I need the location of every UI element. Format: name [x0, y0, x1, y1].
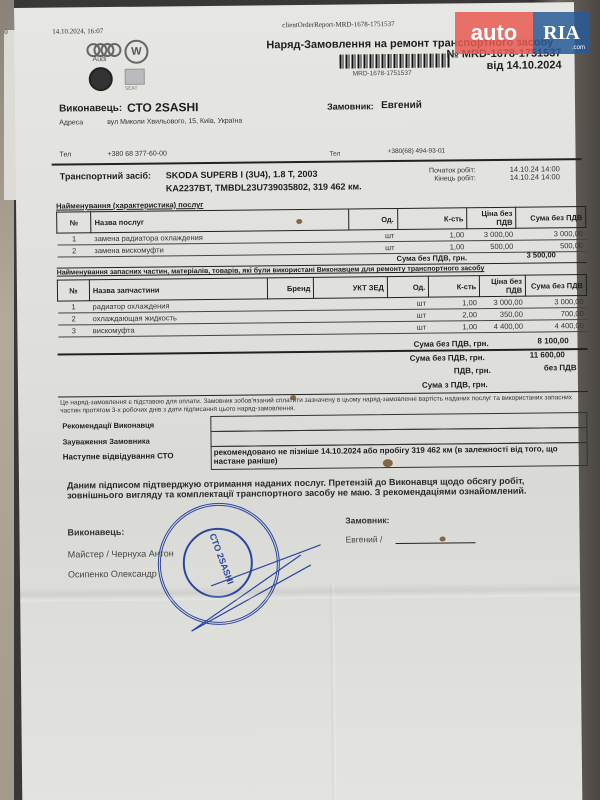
barcode-text: MRD-1678-1751537	[353, 70, 412, 78]
work-order-document: 0 14.10.2024, 16:07 clientOrderReport-MR…	[14, 2, 582, 800]
cell-brand	[268, 310, 314, 322]
print-timestamp: 14.10.2024, 16:07	[52, 27, 103, 36]
vw-logo: W	[124, 40, 148, 64]
divider	[58, 348, 588, 356]
recommendations-label: Рекомендації Виконавця	[62, 421, 154, 431]
contractor-name: СТО 2SASHI	[127, 100, 199, 115]
cell-brand	[268, 298, 314, 310]
cell-unit: шт	[388, 309, 430, 321]
net-total-label: Сума без ПДВ, грн.	[410, 353, 485, 363]
cell-name: замена вискомуфти	[91, 242, 348, 257]
audi-logo: Audi	[86, 43, 120, 55]
cell-unit: шт	[348, 229, 397, 242]
contractor-phone: +380 68 377-60-00	[108, 150, 167, 158]
cell-ukt	[314, 310, 388, 323]
customer-name: Евгений	[381, 100, 422, 111]
cell-sum: 4 400,00	[526, 320, 587, 333]
vat-label: ПДВ, грн.	[454, 366, 491, 375]
contractor-label: Виконавець:	[59, 103, 122, 115]
cell-price: 3 000,00	[480, 296, 526, 308]
cell-n: 2	[57, 245, 91, 257]
seat-logo: SEAT	[125, 69, 145, 85]
next-visit-label: Наступне відвідування СТО	[63, 451, 174, 461]
cell-sum: 700,00	[526, 308, 587, 321]
services-table: № Назва послуг Од. К-сть Ціна без ПДВ Су…	[56, 206, 586, 258]
vehicle-plate-vin-mileage: KA2237BT, TMBDL23U739035802, 319 462 км.	[166, 181, 362, 193]
cell-n: 1	[57, 233, 91, 245]
cell-price: 4 400,00	[480, 320, 526, 332]
cell-ukt	[314, 298, 388, 311]
cell-unit: шт	[387, 297, 429, 309]
cell-brand	[268, 322, 314, 334]
cell-n: 2	[58, 313, 90, 325]
services-total: 3 500,00	[527, 250, 556, 259]
cell-n: 3	[58, 325, 90, 337]
contractor-phone-label: Тел	[60, 151, 72, 158]
cell-price: 3 000,00	[467, 228, 516, 241]
vat-value: без ПДВ	[544, 363, 577, 372]
cell-name: вискомуфта	[90, 323, 269, 337]
confirmation-text: Даним підписом підтверджую отримання над…	[67, 475, 577, 500]
paper-fold	[20, 582, 580, 602]
customer-signature-label: Замовник:	[345, 515, 389, 525]
paper-fold	[330, 585, 336, 800]
stain	[290, 395, 296, 400]
services-section-title: Найменування (характеристика) послуг	[56, 200, 203, 211]
remarks-block: Рекомендації Виконавця Зауваження Замовн…	[58, 412, 588, 468]
skoda-logo	[89, 67, 113, 91]
barcode	[340, 53, 450, 68]
vehicle-model: SKODA SUPERB I (3U4), 1.8 T, 2003	[166, 169, 318, 181]
work-end: 14.10.24 14:00	[510, 172, 560, 182]
vehicle-label: Транспортний засіб:	[60, 171, 151, 182]
customer-label: Замовник:	[327, 101, 374, 111]
cell-qty: 1,00	[429, 321, 480, 334]
cell-price: 500,00	[467, 240, 516, 253]
contractor-address: вул Миколи Хвильового, 15, Київ, Україна	[107, 118, 242, 126]
cell-qty: 1,00	[429, 297, 480, 310]
customer-signature: Евгений /	[346, 534, 383, 544]
cell-qty: 1,00	[397, 229, 467, 242]
customer-phone: +380(68) 494-93-01	[387, 147, 445, 155]
header-divider	[52, 158, 582, 166]
cell-n: 1	[58, 301, 90, 313]
contractor-person: Осипенко Олександр	[68, 569, 157, 580]
page-marker: 0	[4, 28, 8, 36]
cell-sum: 3 000,00	[526, 296, 587, 309]
stain	[440, 537, 446, 542]
net-total: 11 600,00	[530, 350, 565, 359]
report-path: clientOrderReport-MRD-1678-1751537	[282, 20, 394, 29]
cell-unit: шт	[349, 241, 398, 254]
next-visit-field: рекомендовано не пізніше 14.10.2024 або …	[211, 442, 588, 470]
customer-phone-label: Тел	[330, 151, 341, 158]
autoria-watermark: auto RIA.com	[455, 12, 590, 54]
cell-qty: 1,00	[397, 241, 467, 254]
customer-notes-label: Зауваження Замовника	[63, 437, 150, 447]
customer-signature-line	[396, 542, 476, 544]
watermark-auto: auto	[455, 12, 533, 54]
stain	[383, 459, 393, 467]
cell-sum: 3 000,00	[516, 228, 586, 241]
services-total-label: Сума без ПДВ, грн.	[397, 253, 468, 263]
cell-qty: 2,00	[429, 309, 480, 322]
work-end-label: Кінець робіт:	[416, 175, 476, 183]
cell-ukt	[314, 322, 388, 335]
parts-total-label: Сума без ПДВ, грн.	[413, 339, 488, 349]
stain	[296, 219, 302, 224]
gross-total-label: Сума з ПДВ, грн.	[422, 380, 488, 390]
work-start-label: Початок робіт:	[416, 167, 476, 175]
order-date: від 14.10.2024	[487, 59, 562, 72]
signature-scribble	[150, 525, 331, 637]
parts-table: № Назва запчастини Бренд УКТ ЗЕД Од. К-с…	[57, 274, 588, 338]
cell-unit: шт	[388, 321, 430, 333]
cell-price: 350,00	[480, 308, 526, 320]
parts-total: 8 100,00	[537, 336, 568, 345]
watermark-ria: RIA.com	[533, 12, 590, 54]
company-stamp: СТО 2SASHI	[157, 502, 280, 625]
contractor-signature-label: Виконавець:	[67, 527, 124, 538]
address-label: Адреса	[59, 119, 83, 126]
